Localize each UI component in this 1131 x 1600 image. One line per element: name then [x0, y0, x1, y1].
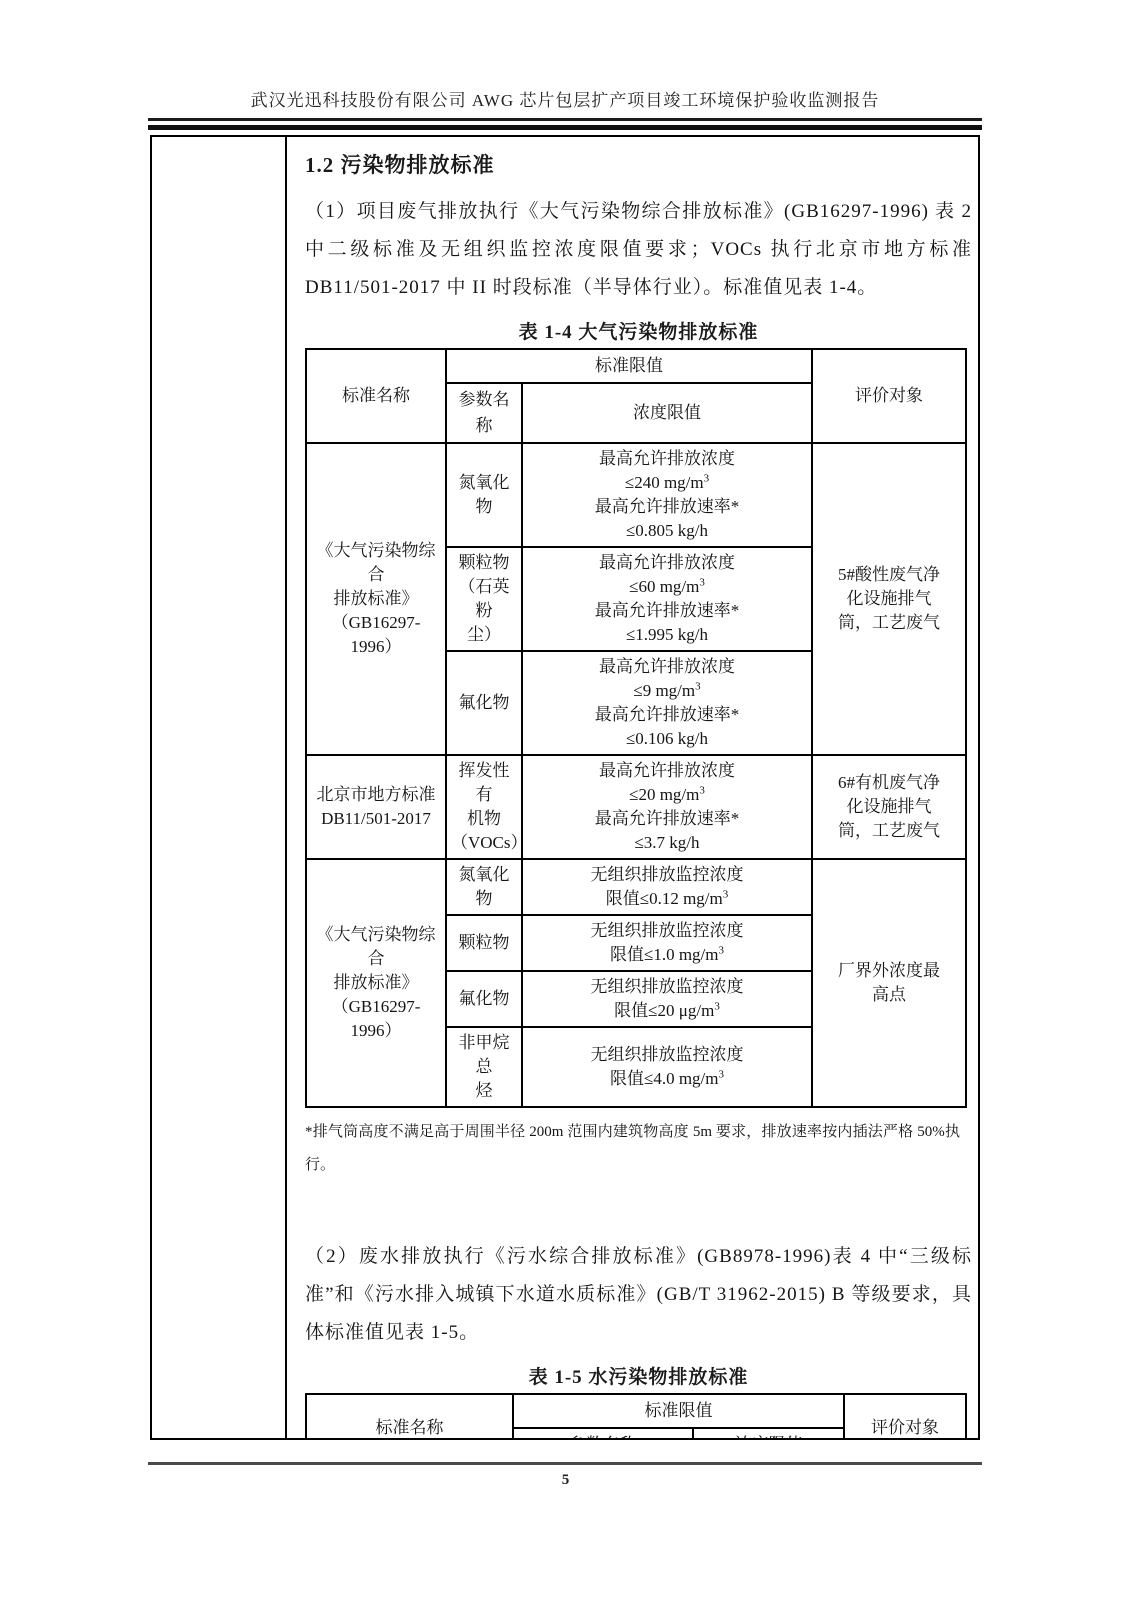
concentration-line: 无组织排放监控浓度 [527, 1043, 807, 1067]
header-evaluation-target: 评价对象 [844, 1394, 966, 1438]
left-margin-column [152, 137, 287, 1438]
table-row: 《大气污染物综合 排放标准》 （GB16297-1996） 氮氧化物 最高允许排… [306, 443, 966, 547]
concentration-line: 最高允许排放速率* [527, 599, 807, 623]
param-cell: 氮氧化物 [446, 859, 522, 915]
page-number: 5 [0, 1472, 1131, 1489]
conc-cell: 最高允许排放浓度 ≤20 mg/m3 最高允许排放速率* ≤3.7 kg/h [522, 755, 812, 859]
target-cell: 厂界外浓度最 高点 [812, 859, 966, 1107]
param-cell: 氟化物 [446, 651, 522, 755]
concentration-line: ≤60 mg/m3 [527, 575, 807, 599]
conc-cell: 无组织排放监控浓度 限值≤20 μg/m3 [522, 971, 812, 1027]
table-1-4-title: 表 1-4 大气污染物排放标准 [305, 317, 972, 344]
header-concentration-limit: 浓度限值 [522, 383, 812, 443]
table-row: 标准名称 标准限值 评价对象 [306, 349, 966, 383]
table-1-5-title: 表 1-5 水污染物排放标准 [305, 1362, 972, 1389]
concentration-line: 限值≤1.0 mg/m3 [527, 943, 807, 967]
standard-cell: 北京市地方标准 DB11/501-2017 [306, 755, 446, 859]
report-page: 武汉光迅科技股份有限公司 AWG 芯片包层扩产项目竣工环境保护验收监测报告 1.… [0, 0, 1131, 1600]
concentration-line: ≤9 mg/m3 [527, 679, 807, 703]
table-1-5: 标准名称 标准限值 评价对象 参数名称 浓度限值 《污水综合排放标 pH* 6.… [305, 1393, 967, 1438]
table-1-4: 标准名称 标准限值 评价对象 参数名称 浓度限值 《大气污染物综合 排放标准》 … [305, 348, 967, 1108]
param-cell: 氮氧化物 [446, 443, 522, 547]
header-parameter-name: 参数名称 [513, 1428, 693, 1438]
header-double-rule [148, 118, 982, 130]
concentration-line: 限值≤4.0 mg/m3 [527, 1067, 807, 1091]
paragraph-waste-gas: （1）项目废气排放执行《大气污染物综合排放标准》(GB16297-1996) 表… [305, 193, 972, 307]
header-standard-name: 标准名称 [306, 349, 446, 443]
concentration-line: 限值≤20 μg/m3 [527, 999, 807, 1023]
concentration-line: 最高允许排放速率* [527, 703, 807, 727]
conc-cell: 最高允许排放浓度 ≤9 mg/m3 最高允许排放速率* ≤0.106 kg/h [522, 651, 812, 755]
conc-cell: 无组织排放监控浓度 限值≤1.0 mg/m3 [522, 915, 812, 971]
param-cell: 非甲烷总 烃 [446, 1027, 522, 1107]
concentration-line: 无组织排放监控浓度 [527, 975, 807, 999]
concentration-line: 限值≤0.12 mg/m3 [527, 887, 807, 911]
header-standard-limit: 标准限值 [513, 1394, 844, 1428]
concentration-line: 最高允许排放浓度 [527, 759, 807, 783]
param-cell: 颗粒物 （石英粉 尘） [446, 547, 522, 651]
content-frame: 1.2 污染物排放标准 （1）项目废气排放执行《大气污染物综合排放标准》(GB1… [150, 135, 980, 1440]
concentration-line: 最高允许排放速率* [527, 807, 807, 831]
standard-cell: 《大气污染物综合 排放标准》 （GB16297-1996） [306, 443, 446, 755]
conc-cell: 无组织排放监控浓度 限值≤4.0 mg/m3 [522, 1027, 812, 1107]
conc-cell: 最高允许排放浓度 ≤60 mg/m3 最高允许排放速率* ≤1.995 kg/h [522, 547, 812, 651]
running-header: 武汉光迅科技股份有限公司 AWG 芯片包层扩产项目竣工环境保护验收监测报告 [148, 86, 982, 111]
header-standard-limit: 标准限值 [446, 349, 812, 383]
concentration-line: 最高允许排放速率* [527, 495, 807, 519]
conc-cell: 无组织排放监控浓度 限值≤0.12 mg/m3 [522, 859, 812, 915]
concentration-line: ≤240 mg/m3 [527, 471, 807, 495]
standard-cell: 《大气污染物综合 排放标准》 （GB16297-1996） [306, 859, 446, 1107]
concentration-line: ≤1.995 kg/h [527, 623, 807, 647]
concentration-line: ≤20 mg/m3 [527, 783, 807, 807]
concentration-line: ≤0.106 kg/h [527, 727, 807, 751]
table-row: 《大气污染物综合 排放标准》 （GB16297-1996） 氮氧化物 无组织排放… [306, 859, 966, 915]
main-content: 1.2 污染物排放标准 （1）项目废气排放执行《大气污染物综合排放标准》(GB1… [287, 137, 978, 1438]
concentration-line: ≤3.7 kg/h [527, 831, 807, 855]
header-parameter-name: 参数名称 [446, 383, 522, 443]
concentration-line: 最高允许排放浓度 [527, 447, 807, 471]
table-row: 标准名称 标准限值 评价对象 [306, 1394, 966, 1428]
table-1-4-footnote: *排气筒高度不满足高于周围半径 200m 范围内建筑物高度 5m 要求，排放速率… [305, 1116, 960, 1182]
header-standard-name: 标准名称 [306, 1394, 513, 1438]
paragraph-waste-water: （2）废水排放执行《污水综合排放标准》(GB8978-1996)表 4 中“三级… [305, 1238, 972, 1352]
param-cell: 挥发性有 机物 （VOCs） [446, 755, 522, 859]
section-heading: 1.2 污染物排放标准 [305, 149, 972, 179]
header-evaluation-target: 评价对象 [812, 349, 966, 443]
target-cell: 5#酸性废气净 化设施排气 筒，工艺废气 [812, 443, 966, 755]
concentration-line: ≤0.805 kg/h [527, 519, 807, 543]
concentration-line: 最高允许排放浓度 [527, 551, 807, 575]
target-cell: 6#有机废气净 化设施排气 筒，工艺废气 [812, 755, 966, 859]
header-concentration-limit: 浓度限值 [693, 1428, 844, 1438]
footer-rule [148, 1462, 982, 1465]
conc-cell: 最高允许排放浓度 ≤240 mg/m3 最高允许排放速率* ≤0.805 kg/… [522, 443, 812, 547]
param-cell: 颗粒物 [446, 915, 522, 971]
concentration-line: 最高允许排放浓度 [527, 655, 807, 679]
concentration-line: 无组织排放监控浓度 [527, 863, 807, 887]
table-row: 北京市地方标准 DB11/501-2017 挥发性有 机物 （VOCs） 最高允… [306, 755, 966, 859]
concentration-line: 无组织排放监控浓度 [527, 919, 807, 943]
param-cell: 氟化物 [446, 971, 522, 1027]
